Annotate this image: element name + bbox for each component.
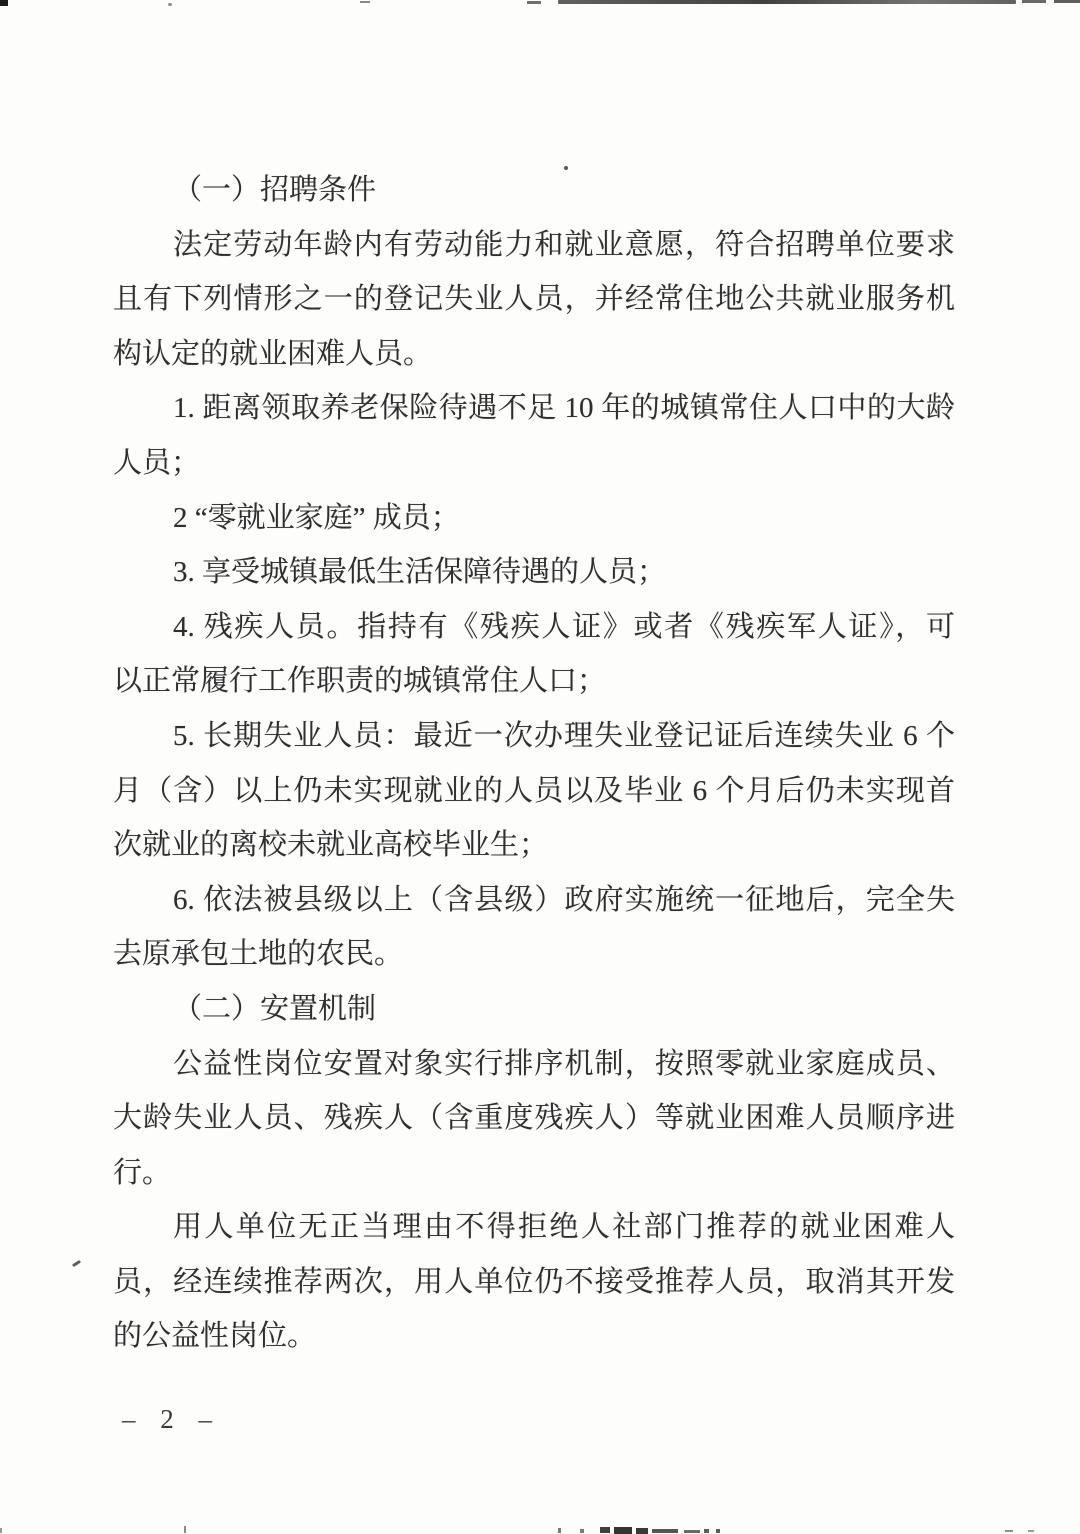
scanned-document-page: （一）招聘条件法定劳动年龄内有劳动能力和就业意愿，符合招聘单位要求且有下列情形之… — [0, 0, 1080, 1534]
text-line: 人员； — [113, 436, 955, 491]
text-line: 1. 距离领取养老保险待遇不足 10 年的城镇常住人口中的大龄 — [113, 381, 955, 436]
text-line: 4. 残疾人员。指持有《残疾人证》或者《残疾军人证》，可 — [113, 600, 955, 655]
text-line: （二）安置机制 — [113, 982, 955, 1037]
scan-artifact-top-line — [558, 0, 1016, 4]
scan-artifact-bottom-mark — [684, 1530, 700, 1533]
scan-artifact-bottom-mark — [652, 1529, 678, 1533]
text-line: 的公益性岗位。 — [113, 1309, 955, 1364]
scan-artifact-corner-mark — [0, 0, 8, 6]
text-line: （一）招聘条件 — [113, 163, 955, 218]
text-line: 员，经连续推荐两次，用人单位仍不接受推荐人员，取消其开发 — [113, 1255, 955, 1310]
text-line: 且有下列情形之一的登记失业人员，并经常住地公共就业服务机 — [113, 272, 955, 327]
text-line: 以正常履行工作职责的城镇常住人口； — [113, 654, 955, 709]
scan-artifact-bottom-mark — [1005, 1530, 1013, 1532]
text-line: 6. 依法被县级以上（含县级）政府实施统一征地后，完全失 — [113, 873, 955, 928]
scan-artifact-top-tick — [360, 1, 370, 3]
text-line: 法定劳动年龄内有劳动能力和就业意愿，符合招聘单位要求 — [113, 218, 955, 273]
scan-artifact-top-tick — [1022, 0, 1046, 3]
scan-artifact-speck — [72, 1260, 81, 1267]
scan-artifact-dot — [168, 3, 172, 6]
text-line: 2 “零就业家庭” 成员； — [113, 491, 955, 546]
scan-artifact-bottom-mark — [716, 1529, 720, 1533]
page-number: – 2 – — [122, 1404, 221, 1435]
text-line: 构认定的就业困难人员。 — [113, 327, 955, 382]
scan-artifact-bottom-mark — [614, 1527, 632, 1534]
text-line: 去原承包土地的农民。 — [113, 927, 955, 982]
scan-artifact-bottom-mark — [558, 1528, 561, 1533]
text-line: 次就业的离校未就业高校毕业生； — [113, 818, 955, 873]
scan-artifact-top-tick — [1054, 0, 1080, 3]
scan-artifact-bottom-mark — [636, 1528, 648, 1534]
text-line: 公益性岗位安置对象实行排序机制，按照零就业家庭成员、 — [113, 1037, 955, 1092]
scan-artifact-bottom-mark — [184, 1526, 186, 1533]
scan-artifact-bottom-mark — [0, 1528, 2, 1533]
scan-artifact-bottom-mark — [1028, 1530, 1034, 1532]
text-line: 用人单位无正当理由不得拒绝人社部门推荐的就业困难人 — [113, 1200, 955, 1255]
scan-artifact-bottom-mark — [704, 1529, 709, 1533]
text-line: 5. 长期失业人员：最近一次办理失业登记证后连续失业 6 个 — [113, 709, 955, 764]
text-line: 大龄失业人员、残疾人（含重度残疾人）等就业困难人员顺序进 — [113, 1091, 955, 1146]
scan-artifact-bottom-mark — [600, 1527, 610, 1533]
text-line: 行。 — [113, 1146, 955, 1201]
scan-artifact-bottom-mark — [580, 1529, 584, 1533]
scan-artifact-top-tick — [527, 1, 541, 4]
text-line: 3. 享受城镇最低生活保障待遇的人员； — [113, 545, 955, 600]
text-line: 月（含）以上仍未实现就业的人员以及毕业 6 个月后仍未实现首 — [113, 764, 955, 819]
document-body: （一）招聘条件法定劳动年龄内有劳动能力和就业意愿，符合招聘单位要求且有下列情形之… — [113, 163, 955, 1364]
